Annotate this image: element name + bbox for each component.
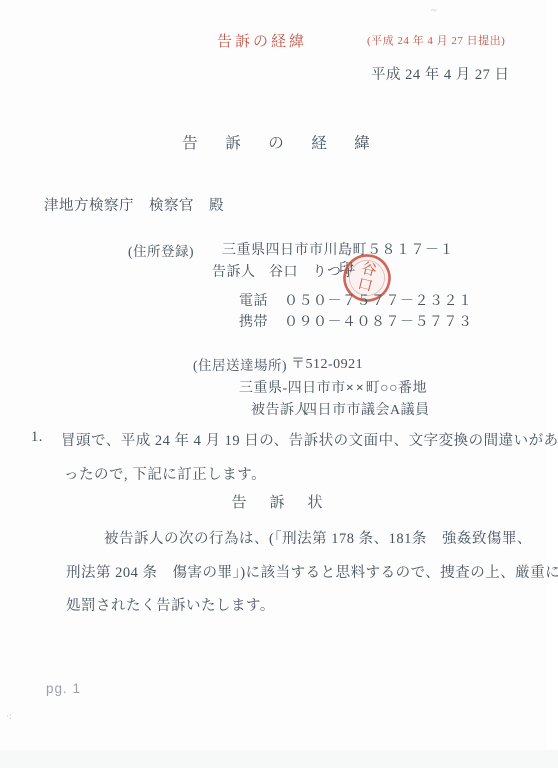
mobile-label: 携帯 (239, 315, 268, 330)
item1-line1: 冒頭で、平成 24 年 4 月 19 日の、告訴状の文面中、文字変換の間違いがあ (61, 429, 558, 450)
mobile-line: 携帯０９０－４０８７－５７７３ (239, 311, 473, 331)
service-address-suffix: 町○○番地 (366, 381, 427, 396)
postal-code: 〒512-0921 (291, 353, 363, 373)
item1-number: 1. (31, 429, 43, 446)
scan-artifact-left: ·: (6, 712, 12, 722)
phone-label: 電話 (239, 294, 268, 309)
section-title: 告 訴 状 (0, 491, 558, 512)
service-address-line: 三重県-四日市市××町○○番地 (239, 377, 427, 397)
mobile-number: ０９０－４０８７－５７７３ (284, 315, 473, 330)
phone-line: 電話０５０－７５７７－２３２１ (239, 290, 473, 310)
body-line3: 処罰されたく告訴いたします。 (66, 594, 275, 615)
scan-artifact-top: ~ (430, 6, 438, 16)
header-red-submission-note: (平成 24 年 4 月 27 日提出) (367, 32, 505, 48)
registered-address-label: (住所登録) (128, 240, 194, 260)
page-bottom-edge (0, 750, 558, 768)
service-address-label: (住居送達場所) (193, 354, 287, 374)
document-title: 告 訴 の 経 緯 (0, 131, 558, 153)
item1-line2: ったので, 下記に訂正します。 (64, 463, 266, 484)
registered-address-value: 三重県四日市市川島町５８１７－１ (222, 239, 454, 259)
body-line1: 被告訴人の次の行為は、(「刑法第 178 条、181条 強姦致傷罪、 (104, 527, 532, 548)
addressee-line: 津地方検察庁 検察官 殿 (44, 194, 224, 215)
service-address-masked: ×× (346, 381, 366, 396)
header-red-title: 告訴の経緯 (217, 30, 307, 51)
accused-label: 被告訴人 (251, 399, 309, 419)
document-date: 平成 24 年 4 月 27 日 (371, 63, 510, 84)
body-line2: 刑法第 204 条 傷害の罪」)に該当すると思料するので、捜査の上、厳重に (66, 561, 558, 582)
phone-number: ０５０－７５７７－２３２１ (284, 294, 473, 309)
page-number-label: pg. 1 (46, 681, 81, 696)
scanned-document-page: ~ ·: 告訴の経緯 (平成 24 年 4 月 27 日提出) 平成 24 年 … (0, 0, 558, 768)
accused-value: 四日市市議会A議員 (303, 399, 430, 419)
page-right-edge (547, 0, 558, 768)
complainant-label: 告訴人 (212, 261, 256, 281)
service-address-prefix: 三重県-四日市市 (239, 381, 346, 396)
